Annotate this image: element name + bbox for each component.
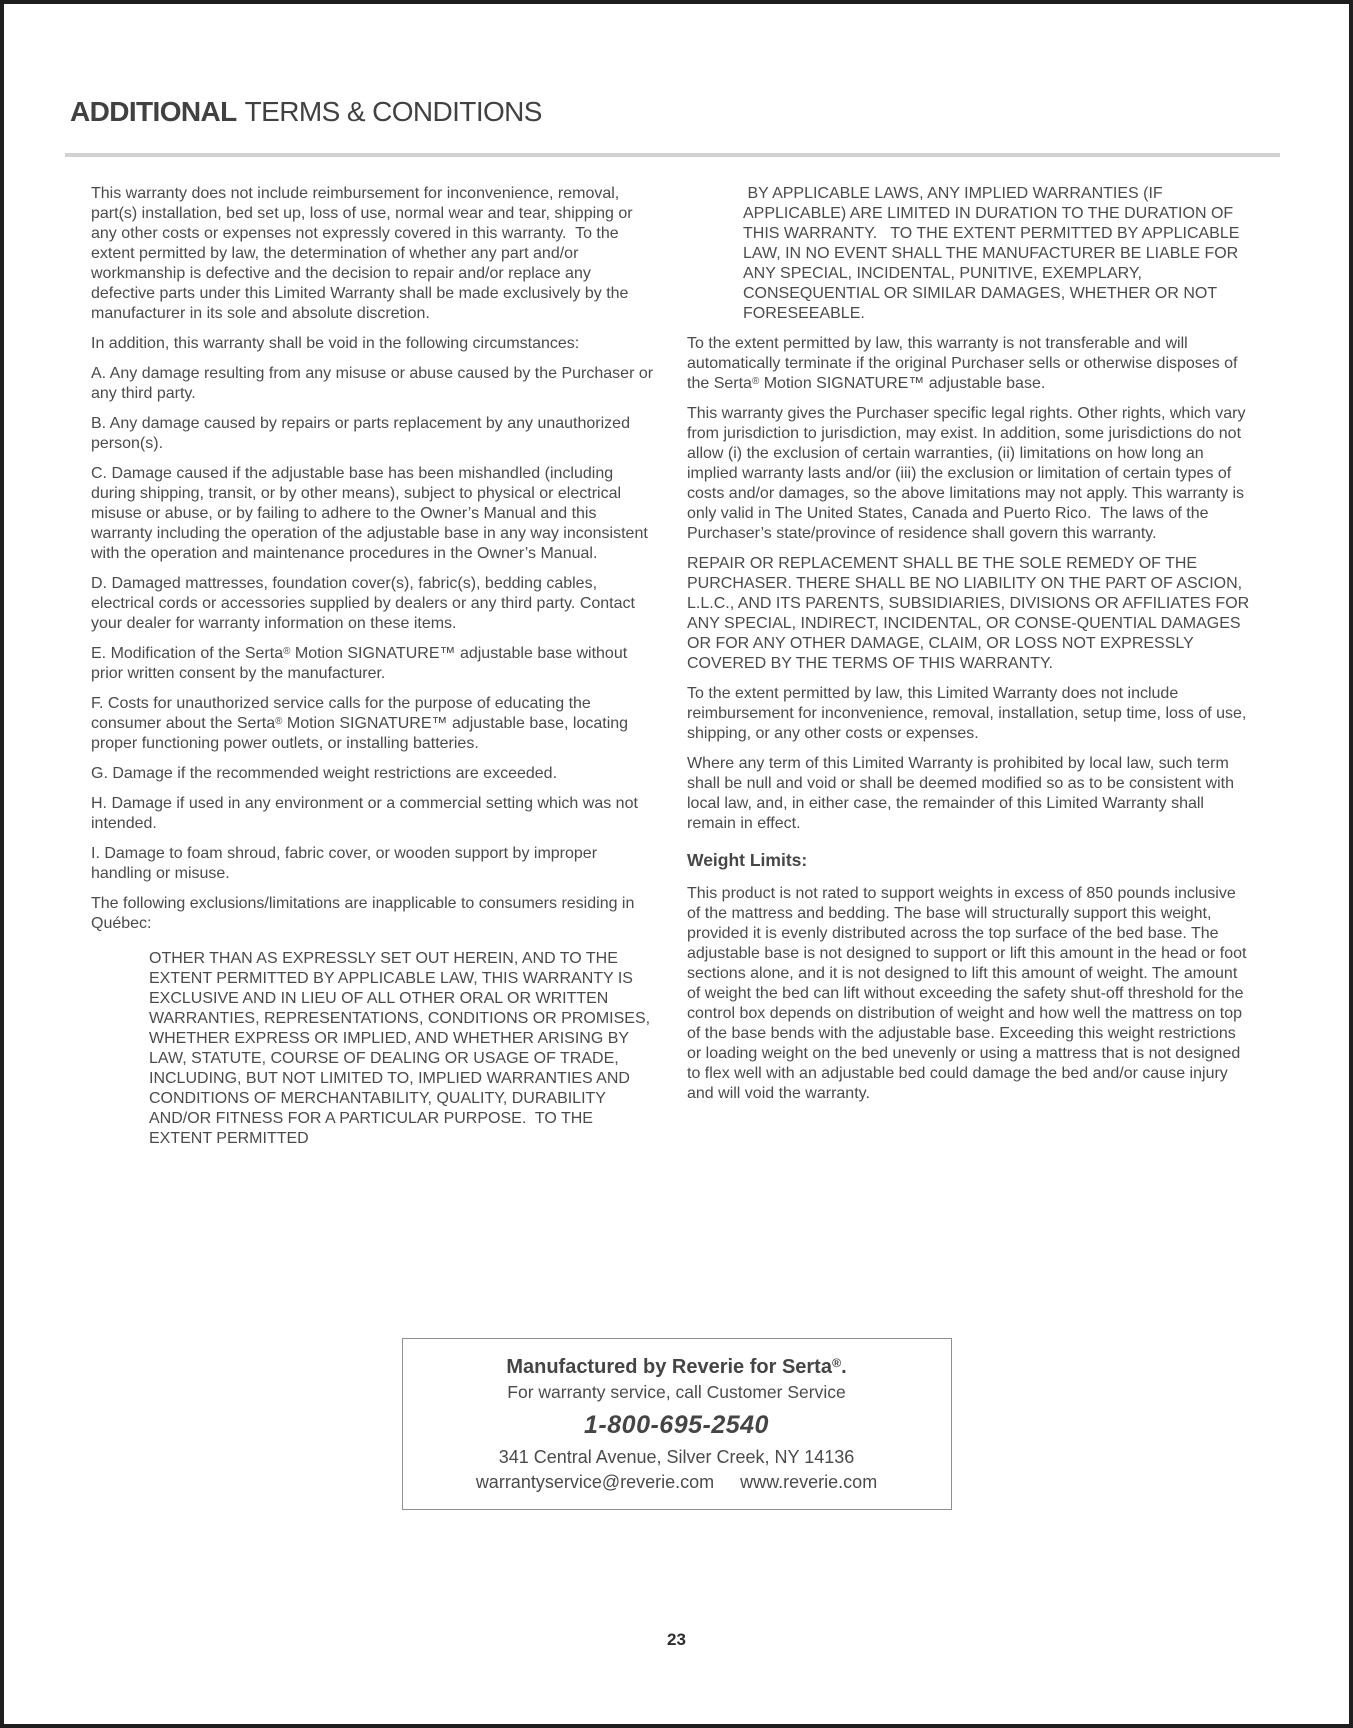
title-divider [65,153,1280,157]
paragraph: This product is not rated to support wei… [687,884,1252,1104]
right-column: BY APPLICABLE LAWS, ANY IMPLIED WARRANTI… [687,184,1252,1114]
manufacturer-box: Manufactured by Reverie for Serta®. For … [402,1338,952,1510]
section-heading: Weight Limits: [687,850,1252,870]
page-title-regular: TERMS & CONDITIONS [245,96,542,127]
paragraph: This warranty gives the Purchaser specif… [687,404,1252,544]
paragraph: To the extent permitted by law, this war… [687,334,1252,394]
paragraph: In addition, this warranty shall be void… [91,334,656,354]
paragraph: I. Damage to foam shroud, fabric cover, … [91,844,656,884]
page-number: 23 [0,1630,1353,1650]
paragraph: REPAIR OR REPLACEMENT SHALL BE THE SOLE … [687,554,1252,674]
manufacturer-address: 341 Central Avenue, Silver Creek, NY 141… [411,1445,943,1470]
paragraph: The following exclusions/limitations are… [91,894,656,934]
paragraph: C. Damage caused if the adjustable base … [91,464,656,564]
paragraph: G. Damage if the recommended weight rest… [91,764,656,784]
page-title-bold: ADDITIONAL [70,96,237,127]
manufacturer-contact-line: warrantyservice@reverie.comwww.reverie.c… [411,1470,943,1495]
paragraph: BY APPLICABLE LAWS, ANY IMPLIED WARRANTI… [743,184,1252,324]
warranty-service-line: For warranty service, call Customer Serv… [411,1380,943,1404]
paragraph: A. Any damage resulting from any misuse … [91,364,656,404]
manufactured-by-line: Manufactured by Reverie for Serta®. [411,1354,943,1380]
paragraph: D. Damaged mattresses, foundation cover(… [91,574,656,634]
warranty-document-page: ADDITIONALTERMS & CONDITIONS This warran… [0,0,1353,1728]
paragraph: To the extent permitted by law, this Lim… [687,684,1252,744]
paragraph: OTHER THAN AS EXPRESSLY SET OUT HEREIN, … [149,949,656,1149]
paragraph: H. Damage if used in any environment or … [91,794,656,834]
paragraph: This warranty does not include reimburse… [91,184,656,324]
paragraph: B. Any damage caused by repairs or parts… [91,414,656,454]
paragraph: E. Modification of the Serta® Motion SIG… [91,644,656,684]
warranty-email: warrantyservice@reverie.com [476,1472,714,1492]
page-title: ADDITIONALTERMS & CONDITIONS [70,96,542,128]
paragraph: Where any term of this Limited Warranty … [687,754,1252,834]
customer-service-phone: 1-800-695-2540 [411,1409,943,1441]
left-column: This warranty does not include reimburse… [91,184,656,1159]
manufacturer-website: www.reverie.com [740,1472,877,1492]
paragraph: F. Costs for unauthorized service calls … [91,694,656,754]
